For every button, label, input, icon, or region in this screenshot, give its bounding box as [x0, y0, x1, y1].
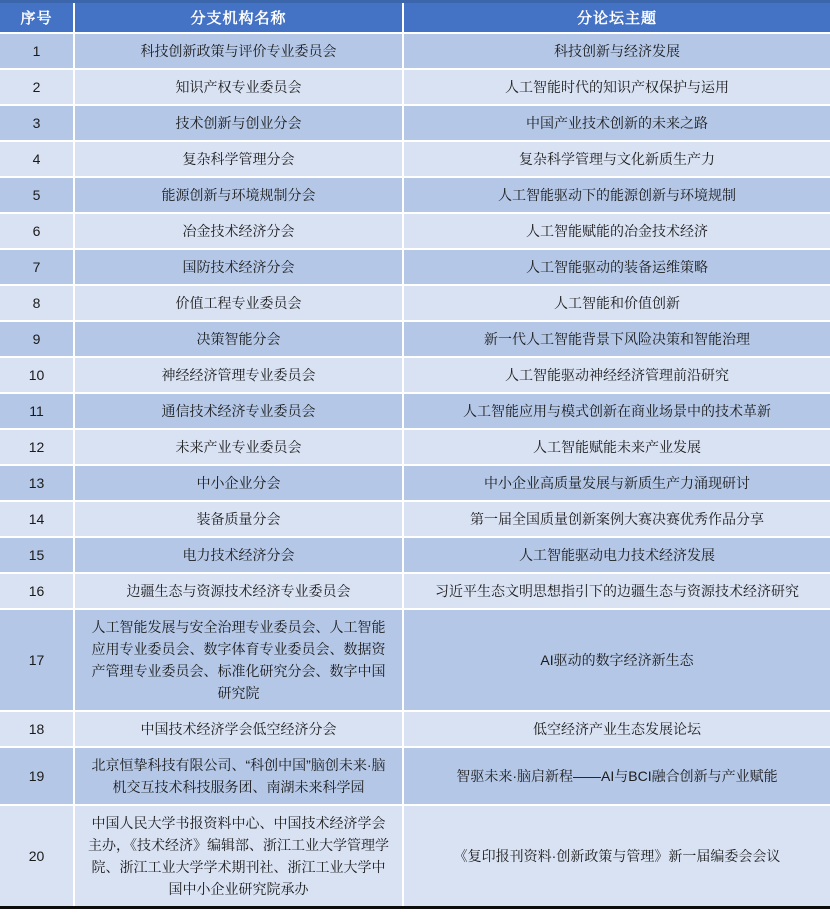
header-row: 序号 分支机构名称 分论坛主题 — [0, 3, 830, 34]
table-row: 12 未来产业专业委员会 人工智能赋能未来产业发展 — [0, 430, 830, 466]
table-row: 14 装备质量分会 第一届全国质量创新案例大赛决赛优秀作品分享 — [0, 502, 830, 538]
topic-cell: 人工智能应用与模式创新在商业场景中的技术革新 — [404, 394, 830, 430]
table-row: 15 电力技术经济分会 人工智能驱动电力技术经济发展 — [0, 538, 830, 574]
topic-cell: 《复印报刊资料·创新政策与管理》新一届编委会会议 — [404, 806, 830, 906]
row-number-cell: 1 — [0, 34, 75, 70]
row-number-cell: 11 — [0, 394, 75, 430]
row-number-cell: 17 — [0, 610, 75, 712]
row-number-cell: 9 — [0, 322, 75, 358]
org-name-cell: 技术创新与创业分会 — [75, 106, 404, 142]
table-row: 1 科技创新政策与评价专业委员会 科技创新与经济发展 — [0, 34, 830, 70]
table-row: 8 价值工程专业委员会 人工智能和价值创新 — [0, 286, 830, 322]
topic-cell: 人工智能赋能的冶金技术经济 — [404, 214, 830, 250]
org-name-cell: 国防技术经济分会 — [75, 250, 404, 286]
table-row: 18 中国技术经济学会低空经济分会 低空经济产业生态发展论坛 — [0, 712, 830, 748]
org-name-cell: 边疆生态与资源技术经济专业委员会 — [75, 574, 404, 610]
topic-cell: 人工智能赋能未来产业发展 — [404, 430, 830, 466]
org-name-cell: 复杂科学管理分会 — [75, 142, 404, 178]
row-number-cell: 12 — [0, 430, 75, 466]
org-name-cell: 装备质量分会 — [75, 502, 404, 538]
row-number-cell: 20 — [0, 806, 75, 906]
org-name-cell: 能源创新与环境规制分会 — [75, 178, 404, 214]
row-number-cell: 6 — [0, 214, 75, 250]
org-name-cell: 知识产权专业委员会 — [75, 70, 404, 106]
org-name-cell: 人工智能发展与安全治理专业委员会、人工智能应用专业委员会、数字体育专业委员会、数… — [75, 610, 404, 712]
table-row: 11 通信技术经济专业委员会 人工智能应用与模式创新在商业场景中的技术革新 — [0, 394, 830, 430]
row-number-cell: 4 — [0, 142, 75, 178]
row-number-cell: 7 — [0, 250, 75, 286]
topic-cell: 人工智能和价值创新 — [404, 286, 830, 322]
row-number-cell: 15 — [0, 538, 75, 574]
table-row: 3 技术创新与创业分会 中国产业技术创新的未来之路 — [0, 106, 830, 142]
org-name-cell: 科技创新政策与评价专业委员会 — [75, 34, 404, 70]
topic-cell: 科技创新与经济发展 — [404, 34, 830, 70]
row-number-cell: 14 — [0, 502, 75, 538]
row-number-cell: 3 — [0, 106, 75, 142]
org-name-cell: 未来产业专业委员会 — [75, 430, 404, 466]
table-row: 9 决策智能分会 新一代人工智能背景下风险决策和智能治理 — [0, 322, 830, 358]
org-name-cell: 北京恒挚科技有限公司、“科创中国”脑创未来·脑机交互技术科技服务团、南湖未来科学… — [75, 748, 404, 806]
table-row: 5 能源创新与环境规制分会 人工智能驱动下的能源创新与环境规制 — [0, 178, 830, 214]
topic-cell: 人工智能驱动神经经济管理前沿研究 — [404, 358, 830, 394]
forum-table: 序号 分支机构名称 分论坛主题 1 科技创新政策与评价专业委员会 科技创新与经济… — [0, 0, 830, 909]
table-row: 16 边疆生态与资源技术经济专业委员会 习近平生态文明思想指引下的边疆生态与资源… — [0, 574, 830, 610]
topic-cell: 第一届全国质量创新案例大赛决赛优秀作品分享 — [404, 502, 830, 538]
header-cell-no: 序号 — [0, 3, 75, 34]
table-row: 20 中国人民大学书报资料中心、中国技术经济学会主办，《技术经济》编辑部、浙江工… — [0, 806, 830, 906]
row-number-cell: 8 — [0, 286, 75, 322]
topic-cell: 人工智能驱动电力技术经济发展 — [404, 538, 830, 574]
table-row: 13 中小企业分会 中小企业高质量发展与新质生产力涌现研讨 — [0, 466, 830, 502]
topic-cell: 人工智能驱动的装备运维策略 — [404, 250, 830, 286]
org-name-cell: 冶金技术经济分会 — [75, 214, 404, 250]
table-row: 2 知识产权专业委员会 人工智能时代的知识产权保护与运用 — [0, 70, 830, 106]
topic-cell: AI驱动的数字经济新生态 — [404, 610, 830, 712]
org-name-cell: 神经经济管理专业委员会 — [75, 358, 404, 394]
table-row: 10 神经经济管理专业委员会 人工智能驱动神经经济管理前沿研究 — [0, 358, 830, 394]
org-name-cell: 中小企业分会 — [75, 466, 404, 502]
topic-cell: 人工智能驱动下的能源创新与环境规制 — [404, 178, 830, 214]
table-row: 7 国防技术经济分会 人工智能驱动的装备运维策略 — [0, 250, 830, 286]
topic-cell: 人工智能时代的知识产权保护与运用 — [404, 70, 830, 106]
header-cell-topic: 分论坛主题 — [404, 3, 830, 34]
topic-cell: 低空经济产业生态发展论坛 — [404, 712, 830, 748]
org-name-cell: 中国技术经济学会低空经济分会 — [75, 712, 404, 748]
org-name-cell: 中国人民大学书报资料中心、中国技术经济学会主办，《技术经济》编辑部、浙江工业大学… — [75, 806, 404, 906]
topic-cell: 智驱未来·脑启新程——AI与BCI融合创新与产业赋能 — [404, 748, 830, 806]
org-name-cell: 电力技术经济分会 — [75, 538, 404, 574]
row-number-cell: 13 — [0, 466, 75, 502]
row-number-cell: 16 — [0, 574, 75, 610]
header-cell-org-name: 分支机构名称 — [75, 3, 404, 34]
table-row: 17 人工智能发展与安全治理专业委员会、人工智能应用专业委员会、数字体育专业委员… — [0, 610, 830, 712]
org-name-cell: 决策智能分会 — [75, 322, 404, 358]
table-row: 19 北京恒挚科技有限公司、“科创中国”脑创未来·脑机交互技术科技服务团、南湖未… — [0, 748, 830, 806]
org-name-cell: 价值工程专业委员会 — [75, 286, 404, 322]
topic-cell: 复杂科学管理与文化新质生产力 — [404, 142, 830, 178]
table-row: 4 复杂科学管理分会 复杂科学管理与文化新质生产力 — [0, 142, 830, 178]
topic-cell: 习近平生态文明思想指引下的边疆生态与资源技术经济研究 — [404, 574, 830, 610]
table-row: 6 冶金技术经济分会 人工智能赋能的冶金技术经济 — [0, 214, 830, 250]
topic-cell: 中国产业技术创新的未来之路 — [404, 106, 830, 142]
row-number-cell: 2 — [0, 70, 75, 106]
row-number-cell: 10 — [0, 358, 75, 394]
org-name-cell: 通信技术经济专业委员会 — [75, 394, 404, 430]
table-body: 1 科技创新政策与评价专业委员会 科技创新与经济发展 2 知识产权专业委员会 人… — [0, 34, 830, 906]
row-number-cell: 5 — [0, 178, 75, 214]
topic-cell: 中小企业高质量发展与新质生产力涌现研讨 — [404, 466, 830, 502]
row-number-cell: 19 — [0, 748, 75, 806]
row-number-cell: 18 — [0, 712, 75, 748]
topic-cell: 新一代人工智能背景下风险决策和智能治理 — [404, 322, 830, 358]
